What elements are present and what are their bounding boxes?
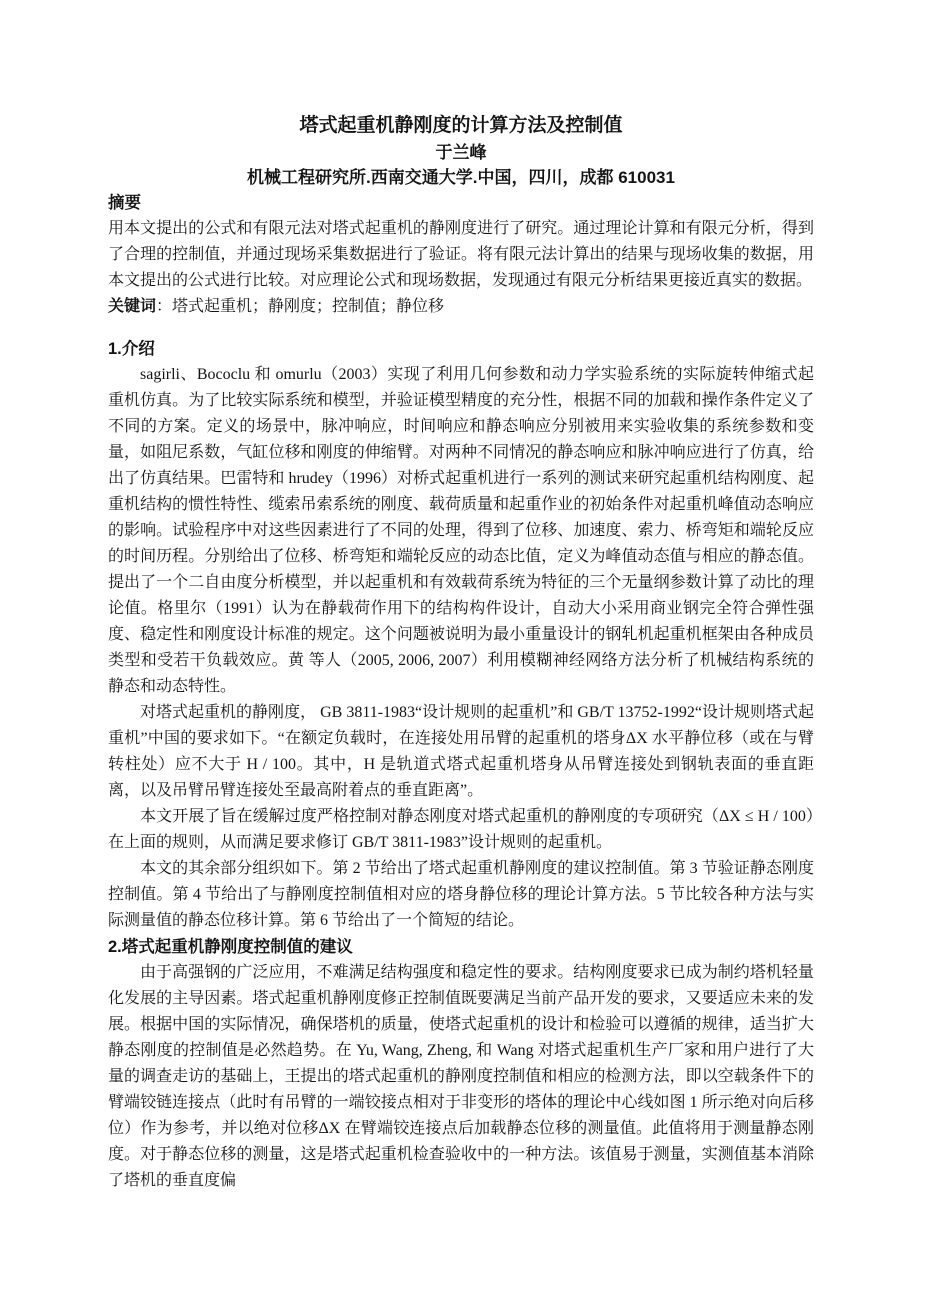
abstract-heading: 摘要 [108,190,814,216]
section-1-paragraph-3: 本文开展了旨在缓解过度严格控制对静态刚度对塔式起重机的静刚度的专项研究（ΔX ≤… [108,804,814,856]
section-1-paragraph-2: 对塔式起重机的静刚度， GB 3811-1983“设计规则的起重机”和 GB/T… [108,700,814,804]
section-2-heading: 2.塔式起重机静刚度控制值的建议 [108,934,814,960]
keywords-label: 关键词 [108,298,156,315]
paper-affiliation: 机械工程研究所.西南交通大学.中国，四川，成都 610031 [108,165,814,190]
abstract-body: 用本文提出的公式和有限元法对塔式起重机的静刚度进行了研究。通过理论计算和有限元分… [108,216,814,294]
paper-author: 于兰峰 [108,140,814,165]
section-1-heading: 1.介绍 [108,336,814,362]
paper-title: 塔式起重机静刚度的计算方法及控制值 [108,112,814,140]
keywords-line: 关键词：塔式起重机；静刚度；控制值；静位移 [108,294,814,320]
section-1-paragraph-4: 本文的其余部分组织如下。第 2 节给出了塔式起重机静刚度的建议控制值。第 3 节… [108,856,814,934]
document-page: 塔式起重机静刚度的计算方法及控制值 于兰峰 机械工程研究所.西南交通大学.中国，… [0,0,926,1309]
section-2-paragraph-1: 由于高强钢的广泛应用，不难满足结构强度和稳定性的要求。结构刚度要求已成为制约塔机… [108,960,814,1194]
section-1-paragraph-1: sagirli、Bococlu 和 omurlu（2003）实现了利用几何参数和… [108,362,814,700]
keywords-text: ：塔式起重机；静刚度；控制值；静位移 [156,298,444,315]
